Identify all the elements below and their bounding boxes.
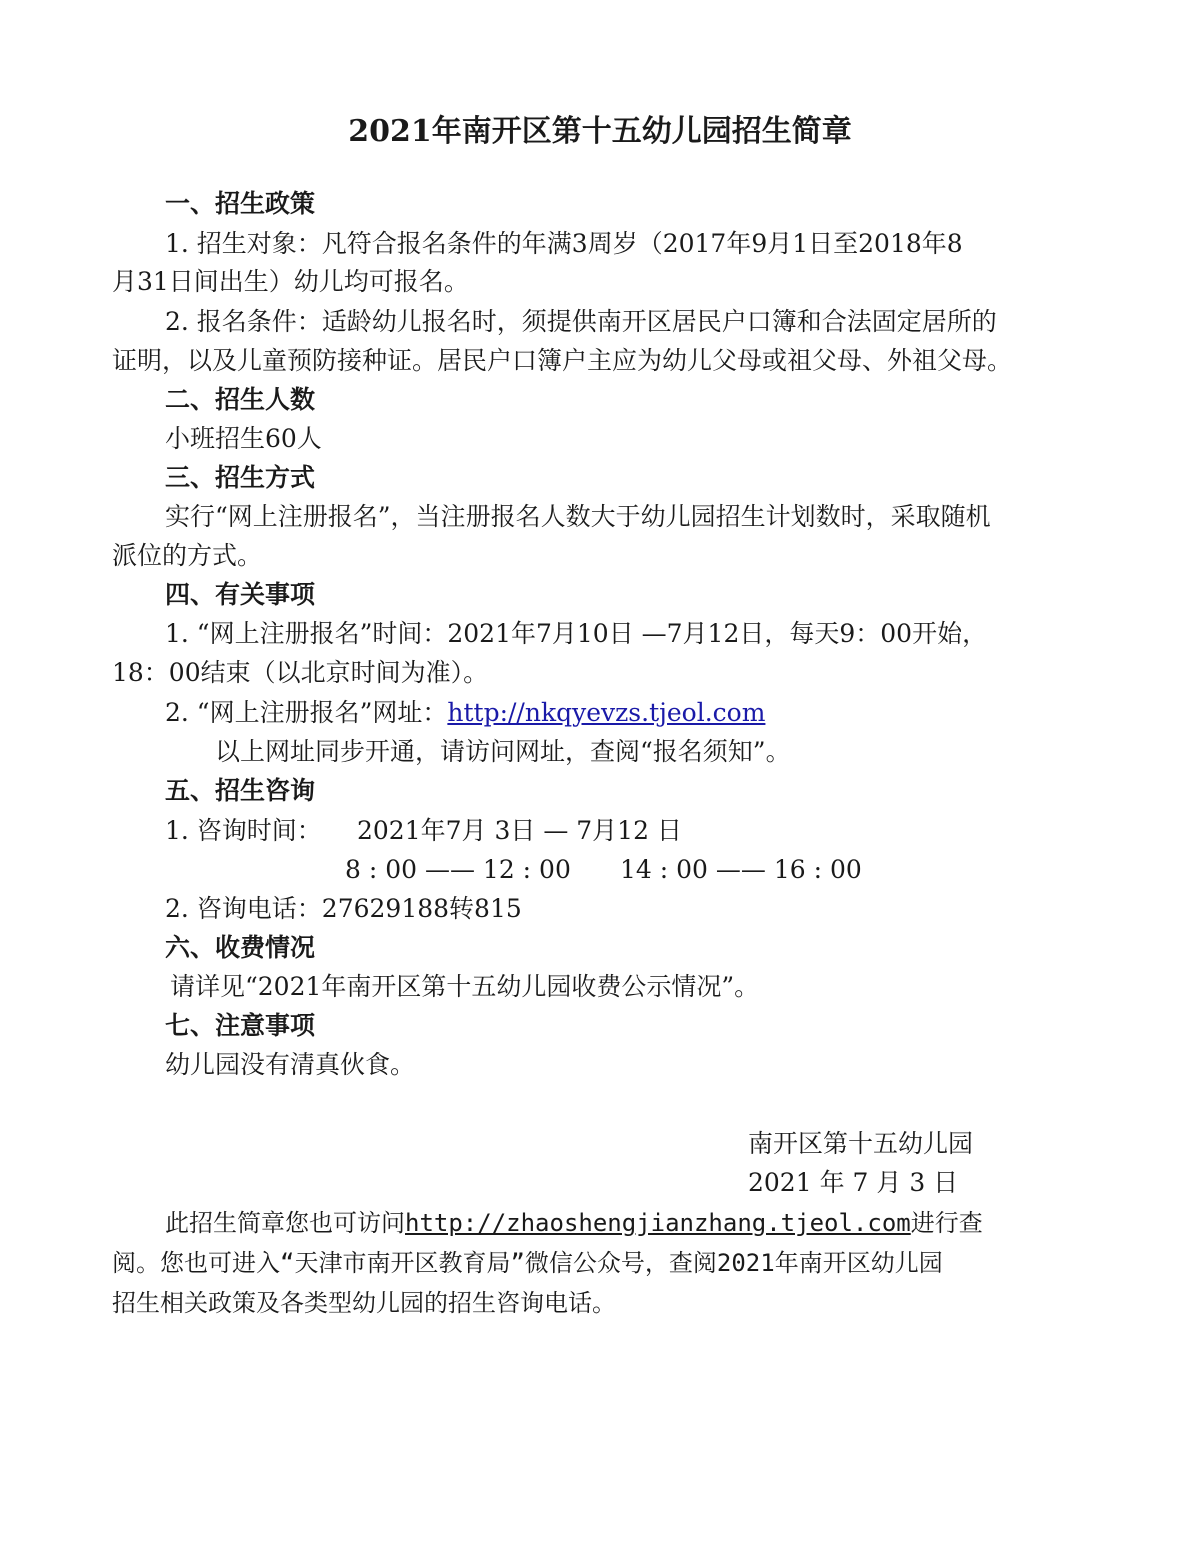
section-2-heading: 二、招生人数 bbox=[165, 384, 315, 416]
section-7-heading: 七、注意事项 bbox=[165, 1010, 315, 1042]
footer-suffix: 进行查 bbox=[911, 1209, 983, 1237]
section-6-heading: 六、收费情况 bbox=[165, 932, 315, 964]
section-5-heading: 五、招生咨询 bbox=[165, 775, 315, 807]
section-3-line-1: 实行“网上注册报名”，当注册报名人数大于幼儿园招生计划数时，采取随机 bbox=[165, 501, 991, 533]
section-4-item-1-line-1: 1. “网上注册报名”时间：2021年7月10日 —7月12日，每天9：00开始… bbox=[165, 618, 987, 650]
consult-time-morning: 8 : 00 —— 12 : 00 bbox=[345, 854, 571, 886]
consult-time-label: 1. 咨询时间： bbox=[165, 815, 322, 847]
section-1-item-1-line-2: 月31日间出生）幼儿均可报名。 bbox=[112, 266, 469, 298]
section-6-text: 请详见“2021年南开区第十五幼儿园收费公示情况”。 bbox=[170, 971, 759, 1003]
registration-url-link[interactable]: http://nkqyevzs.tjeol.com bbox=[447, 698, 765, 727]
footer-line-1: 此招生简章您也可访问http://zhaoshengjianzhang.tjeo… bbox=[165, 1207, 983, 1239]
section-3-line-2: 派位的方式。 bbox=[112, 540, 262, 572]
footer-line-3: 招生相关政策及各类型幼儿园的招生咨询电话。 bbox=[112, 1287, 616, 1319]
section-1-item-1-line-1: 1. 招生对象：凡符合报名条件的年满3周岁（2017年9月1日至2018年8 bbox=[165, 228, 963, 260]
footer-line-2: 阅。您也可进入“天津市南开区教育局”微信公众号，查阅2021年南开区幼儿园 bbox=[112, 1247, 943, 1279]
signature-org: 南开区第十五幼儿园 bbox=[748, 1128, 973, 1160]
consult-time-afternoon: 14 : 00 —— 16 : 00 bbox=[620, 854, 862, 886]
consult-time-dates: 2021年7月 3日 — 7月12 日 bbox=[357, 815, 682, 847]
section-4-item-2-note: 以上网址同步开通，请访问网址，查阅“报名须知”。 bbox=[215, 736, 791, 768]
section-7-text: 幼儿园没有清真伙食。 bbox=[165, 1049, 415, 1081]
section-1-item-2-line-1: 2. 报名条件：适龄幼儿报名时，须提供南开区居民户口簿和合法固定居所的 bbox=[165, 306, 997, 338]
footer-prefix: 此招生简章您也可访问 bbox=[165, 1209, 405, 1237]
section-4-heading: 四、有关事项 bbox=[165, 579, 315, 611]
section-3-heading: 三、招生方式 bbox=[165, 462, 315, 494]
section-4-item-1-line-2: 18：00结束（以北京时间为准）。 bbox=[112, 657, 488, 689]
consult-phone: 2. 咨询电话：27629188转815 bbox=[165, 893, 522, 925]
signature-date: 2021 年 7 月 3 日 bbox=[748, 1167, 958, 1199]
section-1-heading: 一、招生政策 bbox=[165, 188, 315, 220]
document-title: 2021年南开区第十五幼儿园招生简章 bbox=[0, 112, 1200, 152]
section-1-item-2-line-2: 证明，以及儿童预防接种证。居民户口簿户主应为幼儿父母或祖父母、外祖父母。 bbox=[112, 345, 1012, 377]
brochure-url-link[interactable]: http://zhaoshengjianzhang.tjeol.com bbox=[405, 1209, 911, 1237]
section-4-item-2-label: 2. “网上注册报名”网址： bbox=[165, 698, 447, 727]
section-4-item-2: 2. “网上注册报名”网址：http://nkqyevzs.tjeol.com bbox=[165, 697, 765, 729]
section-2-text: 小班招生60人 bbox=[165, 423, 322, 455]
